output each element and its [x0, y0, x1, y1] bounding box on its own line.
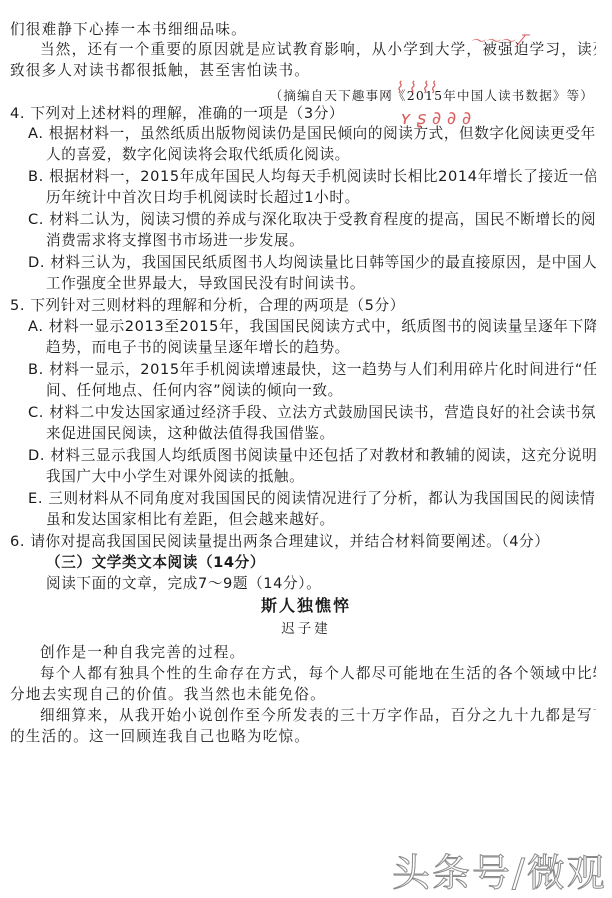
question-6-stem: 6. 请你对提高我国国民阅读量提出两条合理建议，并结合材料简要阐述。（4分）: [10, 532, 596, 552]
article-author: 迟子建: [0, 619, 612, 639]
section-heading: （三）文学类文本阅读（14分）: [46, 553, 596, 573]
q5-option-b: B. 材料一显示，2015年手机阅读增速最快，这一趋势与人们利用碎片化时间进行“…: [28, 360, 596, 380]
article-paragraph: 每个人都有独具个性的生命存在方式，每个人都尽可能地在生活的各个领域中比较充: [40, 664, 596, 684]
q5-option-a-cont: 趋势，而电子书的阅读量呈逐年增长的趋势。: [46, 338, 596, 358]
article-paragraph: 创作是一种自我完善的过程。: [40, 643, 596, 663]
article-paragraph-cont: 分地去实现自己的价值。我当然也未能免俗。: [10, 685, 596, 705]
q5-option-b-cont: 间、任何地点、任何内容”阅读的倾向一致。: [46, 381, 596, 401]
q5-option-a: A. 材料一显示2013至2015年，我国国民阅读方式中，纸质图书的阅读量呈逐年…: [28, 317, 596, 337]
source-citation: （摘编自天下趣事网《2015年中国人读书数据》等）: [10, 86, 594, 106]
q5-option-e-cont: 虽和发达国家相比有差距，但会越来越好。: [46, 510, 596, 530]
article-title: 斯人独憔悴: [0, 596, 612, 616]
question-4-stem: 4. 下列对上述材料的理解，准确的一项是（3分）: [10, 104, 596, 124]
q5-option-e: E. 三则材料从不同角度对我国国民的阅读情况进行了分析，都认为我国国民的阅读情况: [28, 489, 596, 509]
q4-option-b-cont: 历年统计中首次日均手机阅读时长超过1小时。: [46, 188, 596, 208]
q5-option-d-cont: 我国广大中小学生对课外阅读的抵触。: [46, 467, 596, 487]
passage-line: 致很多人对读书都很抵触，甚至害怕读书。: [10, 61, 596, 81]
section-instruction: 阅读下面的文章，完成7～9题（14分）。: [46, 574, 596, 594]
q5-option-d: D. 材料三显示我国人均纸质图书阅读量中还包括了对教材和教辅的阅读，这充分说明了: [28, 446, 596, 466]
passage-line: 当然，还有一个重要的原因就是应试教育影响，从小学到大学，被强迫学习，读死书，导: [40, 40, 596, 60]
q4-option-c: C. 材料二认为，阅读习惯的养成与深化取决于受教育程度的提高，国民不断增长的阅读: [28, 210, 596, 230]
exam-page: 们很难静下心捧一本书细细品味。 当然，还有一个重要的原因就是应试教育影响，从小学…: [0, 0, 612, 898]
q5-option-c-cont: 来促进国民阅读，这种做法值得我国借鉴。: [46, 424, 596, 444]
passage-line: 们很难静下心捧一本书细细品味。: [10, 20, 596, 40]
q4-option-d-cont: 工作强度全世界最大，导致国民没有时间读书。: [46, 274, 596, 294]
q4-option-a: A. 根据材料一，虽然纸质出版物阅读仍是国民倾向的阅读方式，但数字化阅读更受年轻: [28, 124, 596, 144]
q4-option-a-cont: 人的喜爱，数字化阅读将会取代纸质化阅读。: [46, 145, 596, 165]
question-5-stem: 5. 下列针对三则材料的理解和分析，合理的两项是（5分）: [10, 296, 596, 316]
q5-option-c: C. 材料二中发达国家通过经济手段、立法方式鼓励国民读书，营造良好的社会读书氛围: [28, 403, 596, 423]
q4-option-c-cont: 消费需求将支撑图书市场进一步发展。: [46, 231, 596, 251]
q4-option-b: B. 根据材料一，2015年成年国民人均每天手机阅读时长相比2014年增长了接近…: [28, 167, 596, 187]
q4-option-d: D. 材料三认为，我国国民纸质图书人均阅读量比日韩等国少的最直接原因，是中国人的: [28, 253, 596, 273]
